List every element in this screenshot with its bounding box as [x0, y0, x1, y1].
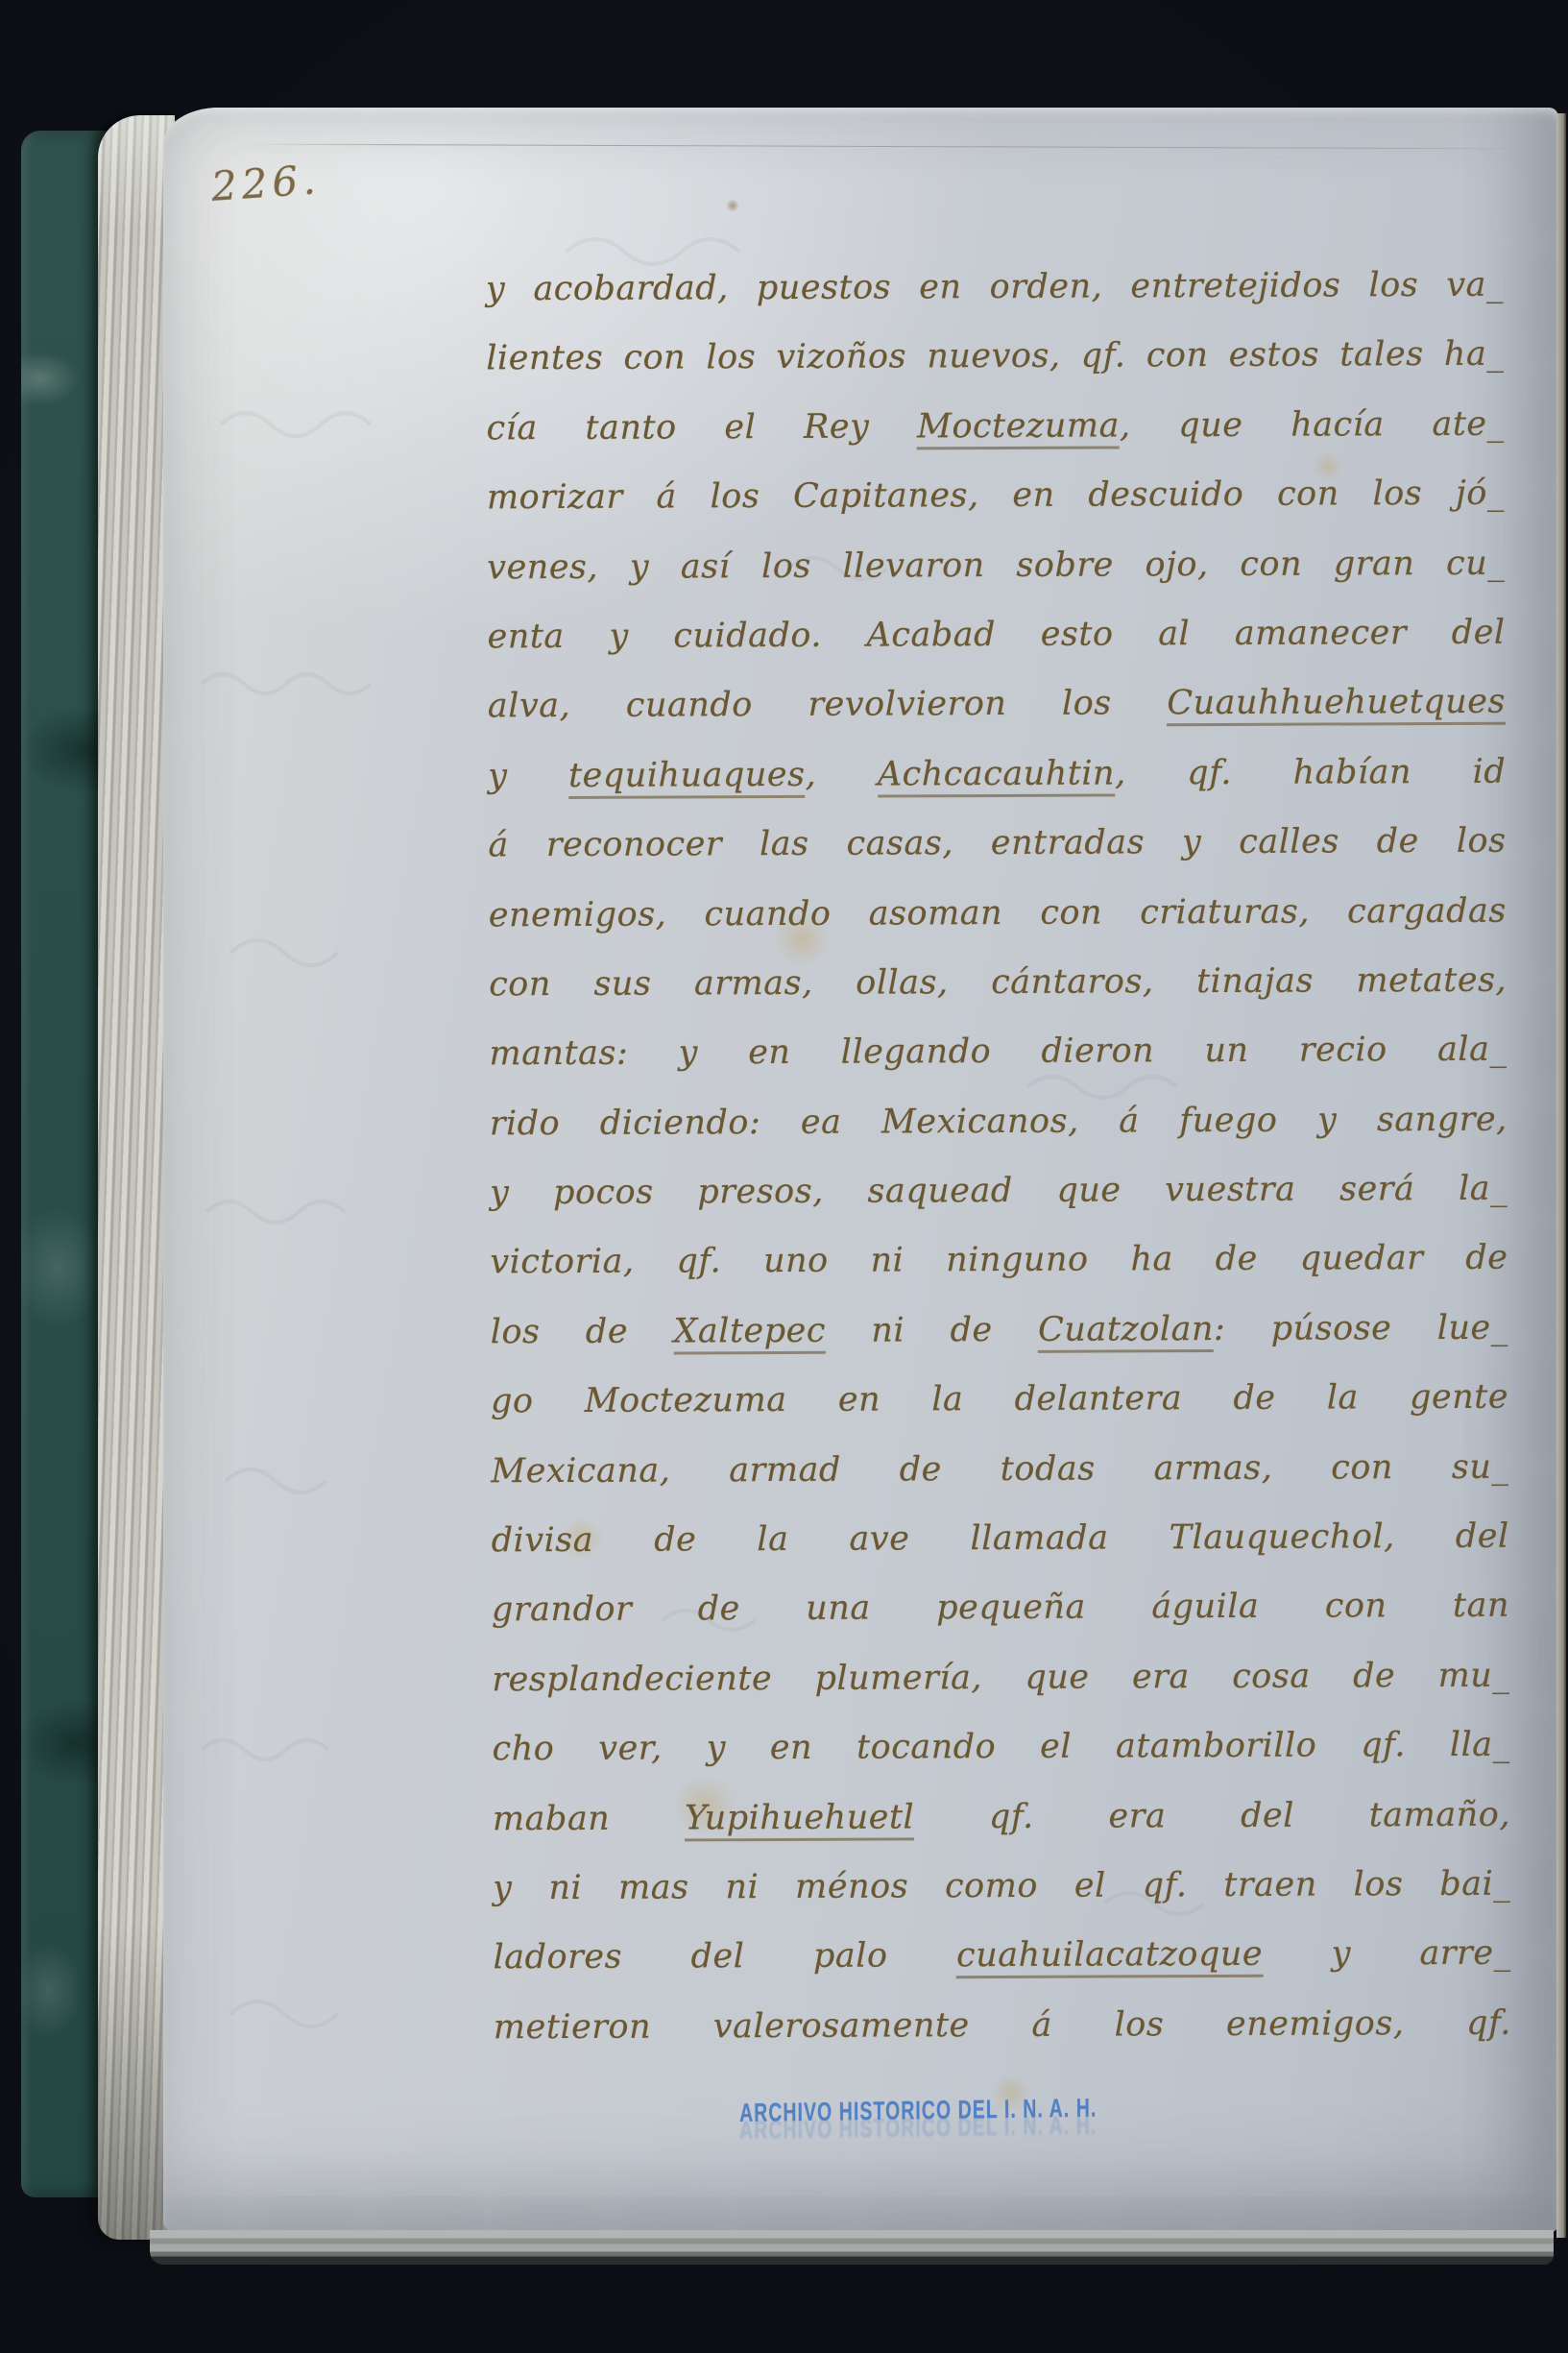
photo-background: 226. y acobardad, puestos en orden, entr…	[0, 0, 1568, 2353]
handwriting-line: Mexicana, armad de todas armas, con su_	[491, 1447, 1508, 1521]
handwriting-line: victoria, qf. uno ni ninguno ha de queda…	[490, 1239, 1508, 1313]
handwriting-line: ladores del palo cuahuilacatzoque y arre…	[493, 1934, 1510, 2008]
underlined-word: cuahuilacatzoque	[956, 1935, 1263, 1978]
ink-blot	[725, 200, 740, 211]
underlined-word: Cuatzolan	[1038, 1310, 1214, 1353]
handwriting-line: metieron valerosamente á los enemigos, q…	[494, 2003, 1511, 2077]
underlined-word: Moctezuma	[917, 406, 1120, 449]
handwriting-line: resplandeciente plumería, que era cosa d…	[492, 1656, 1509, 1730]
handwriting-line: rido diciendo: ea Mexicanos, á fuego y s…	[490, 1100, 1508, 1174]
handwriting-line: cía tanto el Rey Moctezuma, que hacía at…	[487, 404, 1505, 478]
handwriting-line: y acobardad, puestos en orden, entreteji…	[486, 266, 1504, 340]
archive-stamp: ARCHIVO HISTORICO DEL I. N. A. H.	[739, 2093, 1097, 2129]
handwriting-line: maban Yupihuehuetl qf. era del tamaño,	[493, 1795, 1510, 1869]
handwriting-block: y acobardad, puestos en orden, entreteji…	[486, 266, 1511, 2078]
underlined-word: Achcacauhtin	[878, 754, 1115, 797]
handwriting-line: á reconocer las casas, entradas y calles…	[488, 822, 1506, 896]
handwriting-line: y ni mas ni ménos como el qf. traen los …	[493, 1865, 1510, 1939]
page-right-edge	[1556, 113, 1566, 2238]
handwriting-line: enemigos, cuando asoman con criaturas, c…	[489, 891, 1507, 965]
underlined-word: Yupihuehuetl	[685, 1798, 914, 1841]
handwriting-line: y tequihuaques, Achcacauhtin, qf. habían…	[488, 752, 1506, 826]
handwriting-line: lientes con los vizoños nuevos, qf. con …	[486, 335, 1504, 409]
underlined-word: Cuauhhuehuetques	[1167, 683, 1506, 727]
handwriting-line: go Moctezuma en la delantera de la gente	[491, 1378, 1508, 1452]
handwriting-line: y pocos presos, saquead que vuestra será…	[490, 1170, 1508, 1244]
handwriting-line: morizar á los Capitanes, en descuido con…	[487, 474, 1505, 548]
handwriting-line: enta y cuidado. Acabad esto al amanecer …	[487, 614, 1505, 688]
manuscript-page: 226. y acobardad, puestos en orden, entr…	[163, 108, 1558, 2232]
page-top-crease	[244, 144, 1535, 150]
bottom-page-edges	[150, 2230, 1554, 2265]
handwriting-line: los de Xaltepec ni de Cuatzolan: púsose …	[491, 1309, 1508, 1383]
folio-number: 226.	[210, 159, 322, 207]
handwriting-line: venes, y así los llevaron sobre ojo, con…	[487, 544, 1505, 618]
underlined-word: tequihuaques	[568, 756, 806, 799]
underlined-word: Xaltepec	[673, 1312, 826, 1355]
handwriting-line: con sus armas, ollas, cántaros, tinajas …	[489, 961, 1507, 1035]
handwriting-line: divisa de la ave llamada Tlauquechol, de…	[492, 1517, 1509, 1591]
handwriting-line: mantas: y en llegando dieron un recio al…	[489, 1031, 1507, 1104]
handwriting-line: grandor de una pequeña águila con tan	[492, 1587, 1509, 1661]
handwriting-line: cho ver, y en tocando el atamborillo qf.…	[493, 1726, 1510, 1800]
handwriting-line: alva, cuando revolvieron los Cuauhhuehue…	[488, 683, 1506, 757]
